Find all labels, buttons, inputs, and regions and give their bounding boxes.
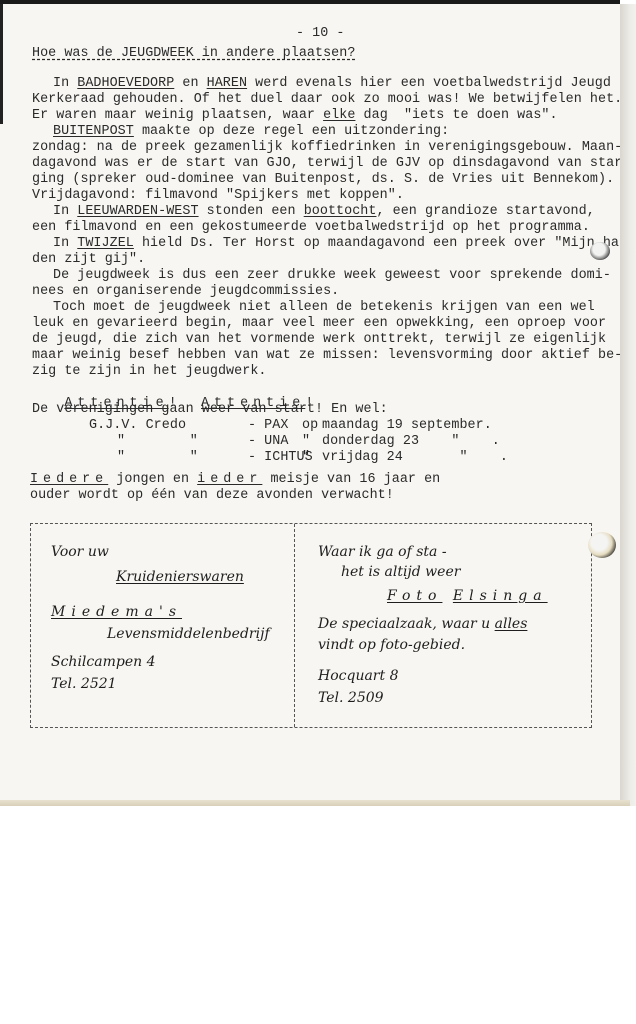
- text-line: maar weinig besef hebben van wat ze miss…: [32, 348, 622, 364]
- ad-right-tagline: De speciaalzaak, waar u alles: [318, 616, 527, 632]
- club-date: donderdag 23 " .: [322, 434, 500, 450]
- text-line: In BADHOEVEDORP en HAREN werd evenals hi…: [53, 76, 627, 92]
- ad-left-shop-name: Miedema's: [51, 604, 182, 620]
- ad-right-phone: Tel. 2509: [318, 690, 384, 706]
- underlined-term: HAREN: [207, 76, 247, 91]
- ad-right-slogan-2: het is altijd weer: [341, 564, 460, 580]
- punch-hole-icon: [588, 532, 616, 558]
- text-line: den zijt gij".: [32, 252, 145, 268]
- club-op: ": [302, 450, 310, 466]
- ad-right-tagline-2: vindt op foto-gebied.: [318, 637, 465, 653]
- page-edge-shadow: [0, 4, 3, 124]
- club-op: ": [302, 434, 310, 450]
- page-heading: Hoe was de JEUGDWEEK in andere plaatsen?: [32, 46, 355, 62]
- ad-left-business: Levensmiddelenbedrijf: [107, 626, 270, 642]
- underlined-term: TWIJZEL: [77, 236, 134, 251]
- text-line: dagavond was er de start van GJO, terwij…: [32, 156, 630, 172]
- club-date: vrijdag 24 " .: [322, 450, 508, 466]
- page-number: - 10 -: [296, 26, 345, 42]
- underlined-term: elke: [323, 108, 355, 123]
- advertisement-box: Voor uw Kruidenierswaren Miedema's Leven…: [30, 523, 592, 728]
- text-line: zig te zijn in het jeugdwerk.: [32, 364, 267, 380]
- text-line: In LEEUWARDEN-WEST stonden een boottocht…: [53, 204, 595, 220]
- text-line: Vrijdagavond: filmavond "Spijkers met ko…: [32, 188, 404, 204]
- text-line: leuk en gevarieerd begin, maar veel meer…: [32, 316, 606, 332]
- ad-right-shop-name: Foto Elsinga: [387, 588, 548, 604]
- ad-left-product: Kruidenierswaren: [116, 569, 244, 585]
- call-line-1: Iedere jongen en ieder meisje van 16 jaa…: [30, 472, 440, 488]
- text-line: zondag: na de preek gezamenlijk koffiedr…: [32, 140, 622, 156]
- underlined-term: LEEUWARDEN-WEST: [77, 204, 198, 219]
- ad-left-intro: Voor uw: [51, 544, 109, 560]
- ad-divider: [294, 524, 295, 727]
- club-op: op: [302, 418, 318, 434]
- ad-right-address: Hocquart 8: [318, 668, 398, 684]
- club-name: G.J.V. Credo: [89, 418, 186, 434]
- text-line: Kerkeraad gehouden. Of het duel daar ook…: [32, 92, 622, 108]
- club-name: " ": [117, 434, 198, 450]
- text-line: Er waren maar weinig plaatsen, waar elke…: [32, 108, 558, 124]
- call-line-2: ouder wordt op één van deze avonden verw…: [30, 488, 394, 504]
- ad-left-phone: Tel. 2521: [51, 676, 117, 692]
- club-group: - PAX: [248, 418, 288, 434]
- announcement-intro: De verenigingen gaan weer van start! En …: [32, 402, 388, 418]
- page-bottom-edge: [0, 800, 630, 806]
- club-group: - UNA: [248, 434, 288, 450]
- text-line: In TWIJZEL hield Ds. Ter Horst op maanda…: [53, 236, 635, 252]
- ad-right-slogan-1: Waar ik ga of sta -: [318, 544, 447, 560]
- text-line: Toch moet de jeugdweek niet alleen de be…: [53, 300, 595, 316]
- text-line: nees en organiserende jeugdcommissies.: [32, 284, 339, 300]
- text-line: ging (spreker oud-dominee van Buitenpost…: [32, 172, 614, 188]
- document-page: - 10 - Hoe was de JEUGDWEEK in andere pl…: [0, 0, 620, 806]
- text-line: de jeugd, die zich van het vormende werk…: [32, 332, 606, 348]
- club-name: " ": [117, 450, 198, 466]
- underlined-term: BADHOEVEDORP: [77, 76, 174, 91]
- text-line: BUITENPOST maakte op deze regel een uitz…: [53, 124, 449, 140]
- underlined-term: boottocht: [304, 204, 377, 219]
- punch-hole-icon: [590, 242, 610, 260]
- text-line: De jeugdweek is dus een zeer drukke week…: [53, 268, 611, 284]
- ad-left-address: Schilcampen 4: [51, 654, 156, 670]
- underlined-term: BUITENPOST: [53, 124, 134, 139]
- club-date: maandag 19 september.: [322, 418, 492, 434]
- text-line: een filmavond en een gekostumeerde voetb…: [32, 220, 590, 236]
